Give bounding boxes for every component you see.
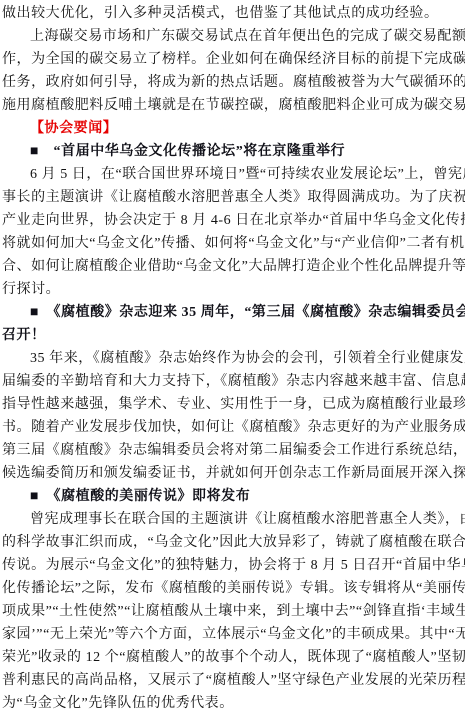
text-line: 家园’”“无上荣光”等六个方面，立体展示“乌金文化”的丰硕成果。其中“无上 [2,623,465,646]
text-line: 事长的主题演讲《让腐植酸水溶肥普惠全人类》取得圆满成功。为了庆祝腐植酸新 [2,186,465,209]
text-line: 任务，政府如何引导，将成为新的热点话题。腐植酸被誉为大气碳循环的“调控阀”， [2,71,465,94]
text-line: 指导性越来越强，集学术、专业、实用性于一身，已成为腐植酸行业最珍贵的工具 [2,393,465,416]
text-line: 项成果”“土性使然”“让腐植酸从土壤中来，到土壤中去”“剑锋直指‘丰域生态大 [2,600,465,623]
text-line: 第三届《腐植酸》杂志编辑委员会将对第二届编委会工作进行系统总结，审议新增 [2,439,465,462]
section-red-line: 【协会要闻】 [2,117,465,140]
text-line: 作，为全国的碳交易立了榜样。企业如何在确保经济目标的前提下完成碳交易配额 [2,48,465,71]
text-line: 施用腐植酸肥料反哺土壤就是在节碳控碳，腐植酸肥料企业可成为碳交易的受益者。 [2,94,465,117]
heading-line: ■ “首届中华乌金文化传播论坛”将在京隆重举行 [2,140,465,163]
text-line: 化传播论坛”之际，发布《腐植酸的美丽传说》专辑。该专辑将从“美丽传说”“四 [2,577,465,600]
heading-line: ■ 《腐植酸的美丽传说》即将发布 [2,485,465,508]
text-line: 的科学故事汇织而成，“乌金文化”因此大放异彩了，铸就了腐植酸在联合国的美丽 [2,531,465,554]
text-line: 荣光”收录的 12 个“腐植酸人”的故事个个动人，既体现了“腐植酸人”坚韧不拔、 [2,646,465,669]
document-lines: 做出较大优化，引入多种灵活模式，也借鉴了其他试点的成功经验。上海碳交易市场和广东… [2,2,465,714]
text-line: 传说。为展示“乌金文化”的独特魅力，协会将于 8 月 5 日召开“首届中华乌金文 [2,554,465,577]
text-line: 将就如何加大“乌金文化”传播、如何将“乌金文化”与“产业信仰”二者有机结 [2,232,465,255]
text-line: 候选编委简历和颁发编委证书，并就如何开创杂志工作新局面展开深入探讨。 [2,462,465,485]
text-line: 合、如何让腐植酸企业借助“乌金文化”大品牌打造企业个性化品牌提升等事宜进 [2,255,465,278]
text-line: 上海碳交易市场和广东碳交易试点在首年便出色的完成了碳交易配额清缴工 [2,25,465,48]
text-line: 届编委的辛勤培育和大力支持下，《腐植酸》杂志内容越来越丰富、信息越来越广泛、 [2,370,465,393]
text-line: 6 月 5 日，在“联合国世界环境日”暨“可持续农业发展论坛”上，曾宪成理 [2,163,465,186]
text-line: 行探讨。 [2,278,465,301]
text-line: 产业走向世界，协会决定于 8 月 4-6 日在北京举办“首届中华乌金文化传播论坛… [2,209,465,232]
text-line: 书。随着产业发展步伐加快，如何让《腐植酸》杂志更好的为产业服务成为新课题。 [2,416,465,439]
text-line: 普利惠民的高尚品格，又展示了“腐植酸人”坚守绿色产业发展的光荣历程，不愧 [2,669,465,692]
text-line: 曾宪成理事长在联合国的主题演讲《让腐植酸水溶肥普惠全人类》，由八个动人 [2,508,465,531]
text-line: 35 年来，《腐植酸》杂志始终作为协会的会刊，引领着全行业健康发展。在历 [2,347,465,370]
heading-line: 召开！ [2,324,465,347]
text-line: 做出较大优化，引入多种灵活模式，也借鉴了其他试点的成功经验。 [2,2,465,25]
heading-line: ■ 《腐植酸》杂志迎来 35 周年，“第三届《腐植酸》杂志编辑委员会”即将 [2,301,465,324]
document-page: 做出较大优化，引入多种灵活模式，也借鉴了其他试点的成功经验。上海碳交易市场和广东… [0,0,467,714]
text-line: 为“乌金文化”先锋队伍的优秀代表。 [2,692,465,714]
